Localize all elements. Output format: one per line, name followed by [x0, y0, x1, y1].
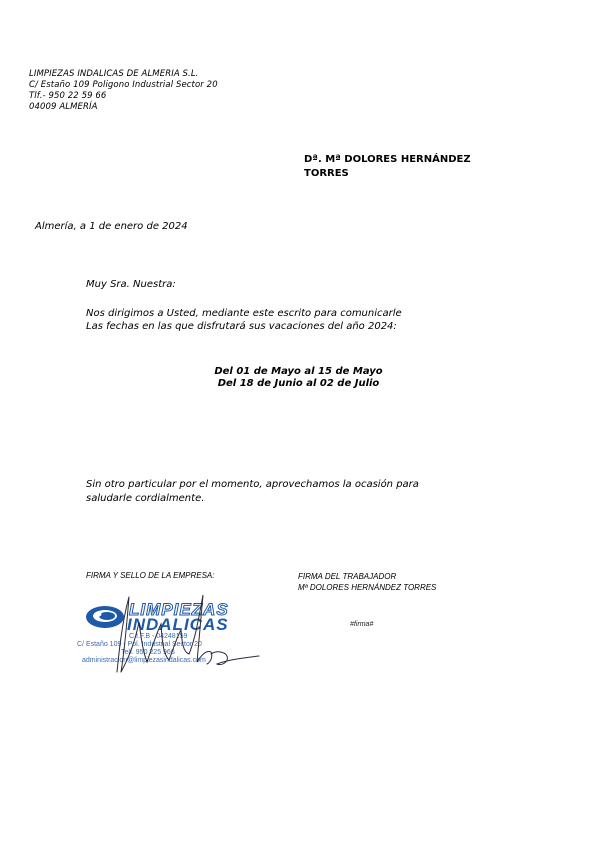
vacation-period: Del 01 de Mayo al 15 de Mayo [0, 366, 595, 378]
handwritten-signature-icon [77, 592, 262, 677]
worker-signature-placeholder: #firma# [350, 621, 373, 628]
sender-city: 04009 ALMERÍA [29, 102, 218, 113]
sender-address: C/ Estaño 109 Poligono Industrial Sector… [29, 80, 218, 91]
letter-date: Almería, a 1 de enero de 2024 [35, 221, 188, 232]
closing-paragraph: Sin otro particular por el momento, apro… [86, 478, 419, 506]
greeting: Muy Sra. Nuestra: [86, 279, 176, 290]
recipient-block: Dª. Mª DOLORES HERNÁNDEZ TORRES [304, 153, 471, 181]
closing-line-1: Sin otro particular por el momento, apro… [86, 478, 419, 492]
worker-signature-block: FIRMA DEL TRABAJADOR Mª DOLORES HERNÁNDE… [298, 571, 436, 593]
recipient-line-1: Dª. Mª DOLORES HERNÁNDEZ [304, 153, 471, 167]
sender-company: LIMPIEZAS INDALICAS DE ALMERIA S.L. [29, 69, 218, 80]
vacation-periods: Del 01 de Mayo al 15 de Mayo Del 18 de J… [0, 366, 595, 390]
sender-phone: Tlf.- 950 22 59 66 [29, 91, 218, 102]
body-line-1: Nos dirigimos a Usted, mediante este esc… [86, 307, 402, 320]
worker-signature-label: FIRMA DEL TRABAJADOR [298, 571, 436, 582]
worker-name: Mª DOLORES HERNÁNDEZ TORRES [298, 582, 436, 593]
body-paragraph: Nos dirigimos a Usted, mediante este esc… [86, 307, 402, 333]
sender-block: LIMPIEZAS INDALICAS DE ALMERIA S.L. C/ E… [29, 69, 218, 113]
vacation-period: Del 18 de Junio al 02 de Julio [0, 378, 595, 390]
body-line-2: Las fechas en las que disfrutará sus vac… [86, 320, 402, 333]
company-signature-label: FIRMA Y SELLO DE LA EMPRESA: [86, 571, 215, 580]
company-stamp: LIMPIEZAS INDALICAS C.I.F.B - 04248159 C… [77, 592, 262, 677]
recipient-line-2: TORRES [304, 167, 471, 181]
closing-line-2: saludarle cordialmente. [86, 492, 419, 506]
